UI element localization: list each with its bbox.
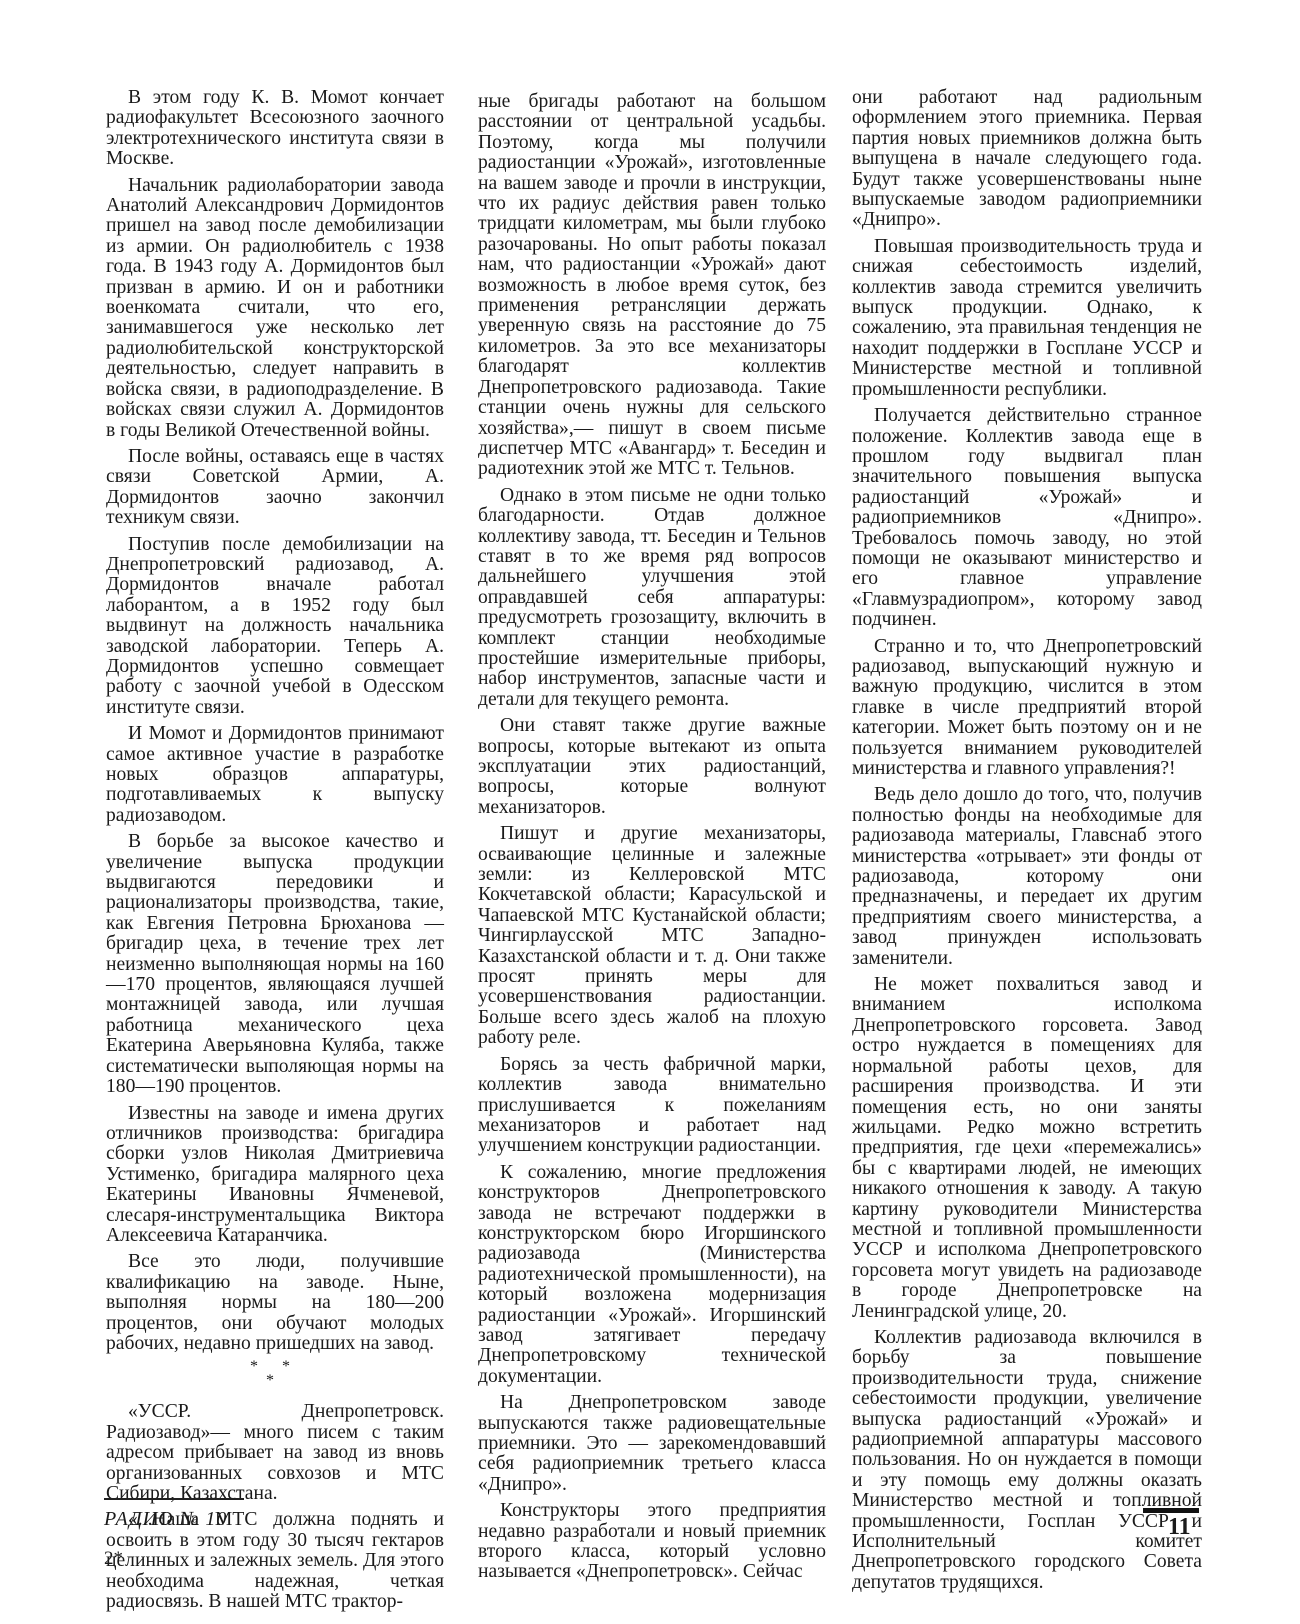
text-column-3: они работают над радиольным оформлением … bbox=[852, 88, 1202, 1599]
paragraph: Известны на заводе и имена других отличн… bbox=[106, 1104, 444, 1247]
paragraph: После войны, оставаясь еще в частях связ… bbox=[106, 447, 444, 529]
paragraph: В борьбе за высокое качество и увеличени… bbox=[106, 832, 444, 1097]
paragraph: В этом году К. В. Момот кончает радиофак… bbox=[106, 88, 444, 170]
paragraph: Повышая производительность труда и снижа… bbox=[852, 237, 1202, 400]
paragraph: Получается действительно странное положе… bbox=[852, 406, 1202, 630]
paragraph: «УССР. Днепропетровск. Радиозавод»— мног… bbox=[106, 1402, 444, 1504]
paragraph: они работают над радиольным оформлением … bbox=[852, 88, 1202, 231]
paragraph: Начальник радиолаборатории завода Анатол… bbox=[106, 176, 444, 441]
paragraph: К сожалению, многие предложения конструк… bbox=[478, 1163, 826, 1387]
paragraph: Борясь за честь фабричной марки, коллект… bbox=[478, 1055, 826, 1157]
page-number: 11 bbox=[1168, 1514, 1191, 1541]
paragraph: Пишут и другие механизаторы, осваивающие… bbox=[478, 824, 826, 1048]
magazine-page: В этом году К. В. Момот кончает радиофак… bbox=[0, 0, 1300, 1624]
footer-rule-right bbox=[1143, 1508, 1199, 1513]
paragraph: Не может похвалиться завод и вниманием и… bbox=[852, 975, 1202, 1322]
paragraph: Однако в этом письме не одни только благ… bbox=[478, 486, 826, 710]
text-column-2: ные бригады работают на большом расстоян… bbox=[478, 92, 826, 1589]
paragraph: Все это люди, получившие квалификацию на… bbox=[106, 1252, 444, 1354]
section-separator: * * * bbox=[106, 1360, 444, 1388]
paragraph: Коллектив радиозавода включился в борьбу… bbox=[852, 1328, 1202, 1593]
paragraph: Странно и то, что Днепропетровский радио… bbox=[852, 637, 1202, 780]
paragraph: Они ставят также другие важные вопросы, … bbox=[478, 716, 826, 818]
paragraph: Конструкторы этого предприятия недавно р… bbox=[478, 1501, 826, 1583]
paragraph: Ведь дело дошло до того, что, получив по… bbox=[852, 785, 1202, 969]
magazine-title: РАДИО № 10 bbox=[104, 1508, 227, 1531]
printer-signature-mark: 2* bbox=[104, 1548, 123, 1570]
paragraph: ные бригады работают на большом расстоян… bbox=[478, 92, 826, 480]
paragraph: На Днепропетровском заводе выпускаются т… bbox=[478, 1393, 826, 1495]
paragraph: Поступив после демобилизации на Днепропе… bbox=[106, 535, 444, 719]
paragraph: И Момот и Дормидонтов принимают самое ак… bbox=[106, 724, 444, 826]
footer-rule-left bbox=[104, 1498, 244, 1500]
text-column-1: В этом году К. В. Момот кончает радиофак… bbox=[106, 88, 444, 1618]
separator-star-bottom: * bbox=[106, 1374, 444, 1388]
